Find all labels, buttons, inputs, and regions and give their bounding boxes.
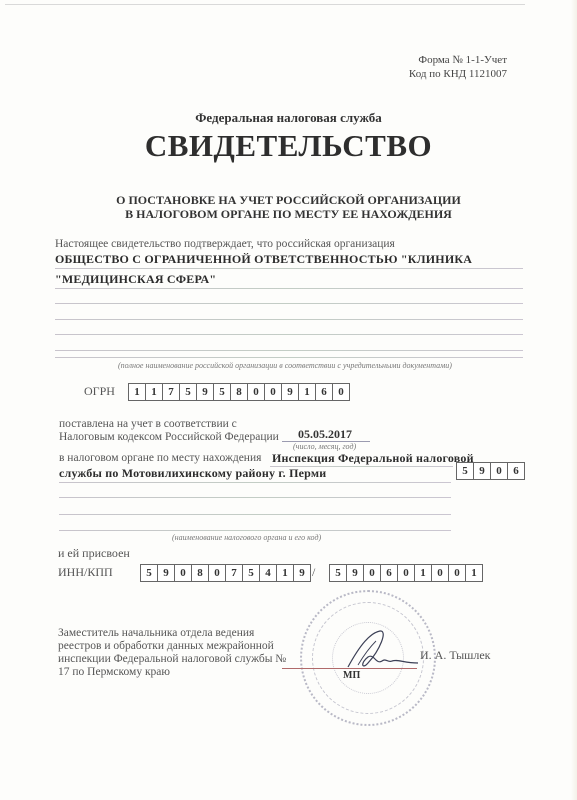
authority-rule-5 xyxy=(59,530,451,531)
org-name-rule-1 xyxy=(55,268,523,269)
signature-rule xyxy=(282,668,417,669)
digit-cell: 0 xyxy=(265,384,282,400)
ogrn-boxes: 1175958009160 xyxy=(128,383,350,401)
ogrn-label: ОГРН xyxy=(84,384,115,399)
digit-cell: 0 xyxy=(333,384,349,400)
signer-position: Заместитель начальника отдела ведения ре… xyxy=(58,627,298,679)
authority-line-2: службы по Мотовилихинскому району г. Пер… xyxy=(59,466,326,481)
subtitle-line-2: В НАЛОГОВОМ ОРГАНЕ ПО МЕСТУ ЕЕ НАХОЖДЕНИ… xyxy=(0,207,577,222)
date-caption: (число, месяц, год) xyxy=(293,442,356,451)
inn-kpp-separator: / xyxy=(312,565,315,580)
digit-cell: 6 xyxy=(316,384,333,400)
digit-cell: 0 xyxy=(432,565,449,581)
registration-date: 05.05.2017 xyxy=(285,427,365,442)
signer-name: И. А. Тышлек xyxy=(420,648,491,663)
digit-cell: 0 xyxy=(398,565,415,581)
digit-cell: 1 xyxy=(466,565,482,581)
digit-cell: 5 xyxy=(243,565,260,581)
digit-cell: 9 xyxy=(158,565,175,581)
subtitle-line-1: О ПОСТАНОВКЕ НА УЧЕТ РОССИЙСКОЙ ОРГАНИЗА… xyxy=(0,193,577,208)
knd-code: Код по КНД 1121007 xyxy=(409,68,507,80)
digit-cell: 1 xyxy=(146,384,163,400)
registration-text-2: Налоговым кодексом Российской Федерации xyxy=(59,431,279,443)
digit-cell: 4 xyxy=(260,565,277,581)
digit-cell: 5 xyxy=(330,565,347,581)
registration-text-1: поставлена на учет в соответствии с xyxy=(59,418,237,430)
scan-top-edge xyxy=(5,4,525,5)
digit-cell: 6 xyxy=(508,463,524,479)
digit-cell: 0 xyxy=(175,565,192,581)
org-name-rule-6 xyxy=(55,350,523,351)
digit-cell: 0 xyxy=(364,565,381,581)
org-name-line-1: ОБЩЕСТВО С ОГРАНИЧЕННОЙ ОТВЕТСТВЕННОСТЬЮ… xyxy=(55,252,472,267)
digit-cell: 5 xyxy=(180,384,197,400)
authority-prefix: в налоговом органе по месту нахождения xyxy=(59,452,261,464)
digit-cell: 0 xyxy=(248,384,265,400)
intro-text: Настоящее свидетельство подтверждает, чт… xyxy=(55,238,395,250)
digit-cell: 8 xyxy=(192,565,209,581)
digit-cell: 7 xyxy=(226,565,243,581)
inn-kpp-label: ИНН/КПП xyxy=(58,565,113,580)
digit-cell: 1 xyxy=(415,565,432,581)
org-name-rule-5 xyxy=(55,334,523,335)
digit-cell: 1 xyxy=(299,384,316,400)
digit-cell: 1 xyxy=(129,384,146,400)
authority-line-1: Инспекция Федеральной налоговой xyxy=(272,451,474,466)
seal-label: МП xyxy=(343,670,360,681)
authority-rule-3 xyxy=(59,497,451,498)
digit-cell: 0 xyxy=(491,463,508,479)
inn-boxes: 5908075419 xyxy=(140,564,311,582)
document-title: СВИДЕТЕЛЬСТВО xyxy=(0,128,577,164)
digit-cell: 9 xyxy=(347,565,364,581)
digit-cell: 6 xyxy=(381,565,398,581)
org-name-rule-3 xyxy=(55,303,523,304)
digit-cell: 9 xyxy=(282,384,299,400)
authority-rule-4 xyxy=(59,514,451,515)
org-name-line-2: "МЕДИЦИНСКАЯ СФЕРА" xyxy=(55,272,216,287)
digit-cell: 5 xyxy=(214,384,231,400)
form-number: Форма № 1-1-Учет xyxy=(418,54,507,66)
authority-caption: (наименование налогового органа и его ко… xyxy=(172,533,321,542)
digit-cell: 5 xyxy=(141,565,158,581)
digit-cell: 8 xyxy=(231,384,248,400)
authority-code-boxes: 5906 xyxy=(456,462,525,480)
digit-cell: 5 xyxy=(457,463,474,479)
digit-cell: 9 xyxy=(197,384,214,400)
org-name-rule-4 xyxy=(55,319,523,320)
kpp-boxes: 590601001 xyxy=(329,564,483,582)
agency-name: Федеральная налоговая служба xyxy=(0,110,577,126)
digit-cell: 9 xyxy=(474,463,491,479)
digit-cell: 1 xyxy=(277,565,294,581)
org-name-rule-7 xyxy=(55,357,523,358)
digit-cell: 0 xyxy=(449,565,466,581)
org-name-caption: (полное наименование российской организа… xyxy=(118,361,452,370)
digit-cell: 9 xyxy=(294,565,310,581)
org-name-rule-2 xyxy=(55,288,523,289)
authority-rule-2 xyxy=(59,482,451,483)
assigned-label: и ей присвоен xyxy=(58,546,130,561)
digit-cell: 7 xyxy=(163,384,180,400)
digit-cell: 0 xyxy=(209,565,226,581)
